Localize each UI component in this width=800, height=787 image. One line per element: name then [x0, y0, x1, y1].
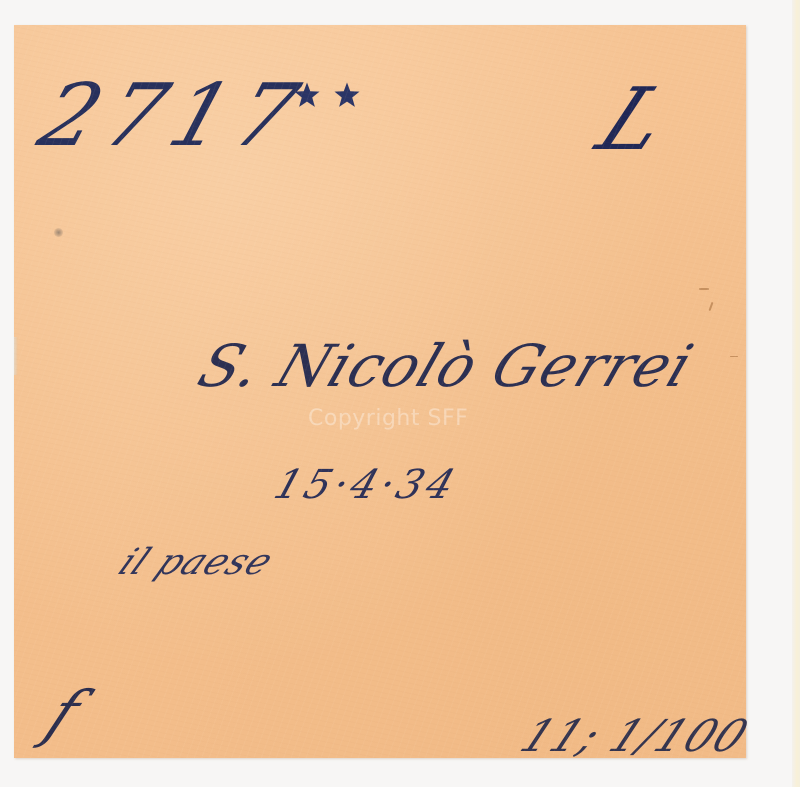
date: 15·4·34 — [270, 465, 464, 505]
paper-fleck — [699, 288, 709, 290]
paper-stain — [54, 228, 63, 237]
scale-note: 11; 1/100 — [514, 715, 755, 759]
place-name: S. Nicolò Gerrei — [191, 337, 700, 395]
star-icon — [332, 80, 362, 110]
star-icon — [292, 80, 322, 110]
adjacent-card-edge — [792, 0, 800, 787]
index-card: 2717 L S. Nicolò Gerrei Copyright SFF 15… — [14, 25, 746, 758]
catalog-marks — [292, 80, 362, 110]
copyright-watermark: Copyright SFF — [308, 406, 468, 431]
paper-fleck — [709, 302, 714, 311]
catalog-number: 2717 — [30, 73, 317, 159]
bottom-left-mark: f — [38, 683, 90, 745]
corner-letter: L — [586, 77, 683, 163]
paper-fleck — [730, 356, 738, 357]
subject-caption: il paese — [112, 545, 279, 581]
fold-notch — [14, 337, 18, 375]
